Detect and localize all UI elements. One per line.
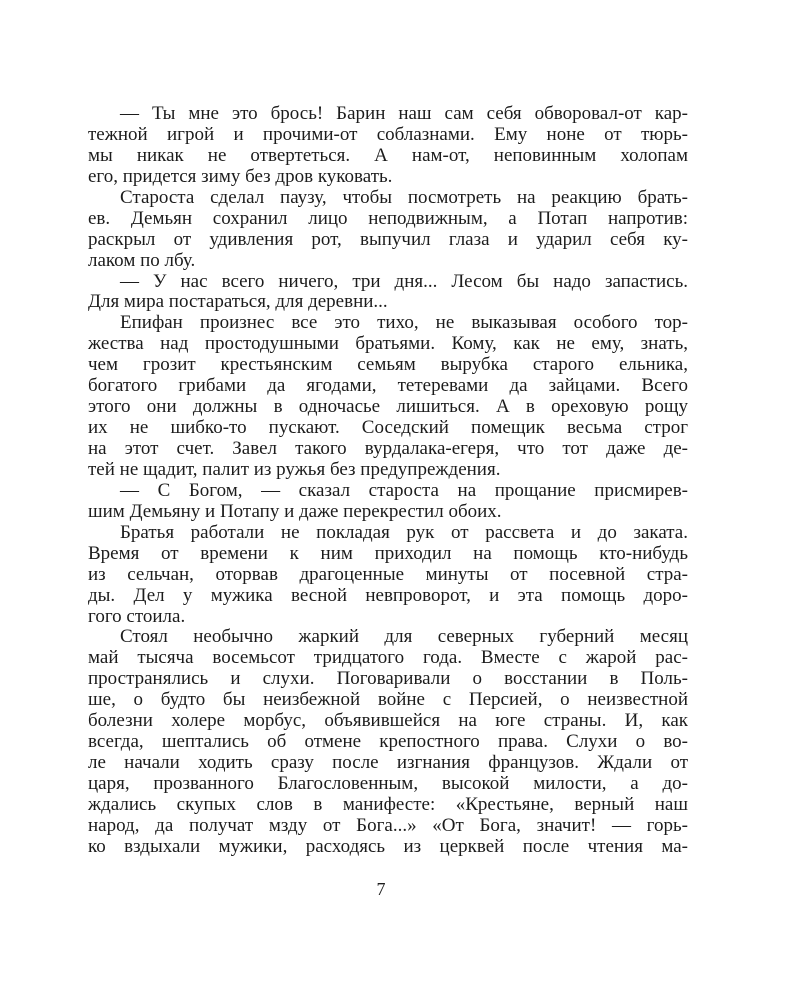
text-line: ко вздыхали мужики, расходясь из церквей… xyxy=(88,837,688,858)
text-line: лаком по лбу. xyxy=(88,251,688,272)
text-line: из сельчан, оторвав драгоценные минуты о… xyxy=(88,565,688,586)
text-line: богатого грибами да ягодами, тетеревами … xyxy=(88,376,688,397)
page-number: 7 xyxy=(0,879,800,900)
paragraph-first-line: Братья работали не покладая рук от рассв… xyxy=(88,523,688,544)
text-line: пространялись и слухи. Поговаривали о во… xyxy=(88,669,688,690)
text-line: ше, о будто бы неизбежной войне с Персие… xyxy=(88,690,688,711)
text-line: шим Демьяну и Потапу и даже перекрестил … xyxy=(88,502,688,523)
text-line: ды. Дел у мужика весной невпроворот, и э… xyxy=(88,586,688,607)
paragraph-first-line: Стоял необычно жаркий для северных губер… xyxy=(88,627,688,648)
paragraph-first-line: — У нас всего ничего, три дня... Лесом б… xyxy=(88,272,688,293)
text-line: Время от времени к ним приходил на помощ… xyxy=(88,544,688,565)
text-line: ев. Демьян сохранил лицо неподвижным, а … xyxy=(88,209,688,230)
text-line: всегда, шептались об отмене крепостного … xyxy=(88,732,688,753)
body-text: — Ты мне это брось! Барин наш сам себя о… xyxy=(88,104,688,858)
text-line: их не шибко-то пускают. Соседский помещи… xyxy=(88,418,688,439)
text-line: тежной игрой и прочими-от соблазнами. Ем… xyxy=(88,125,688,146)
paragraph-first-line: Староста сделал паузу, чтобы посмотреть … xyxy=(88,188,688,209)
paragraph-first-line: — С Богом, — сказал староста на прощание… xyxy=(88,481,688,502)
text-line: на этот счет. Завел такого вурдалака-еге… xyxy=(88,439,688,460)
text-line: тей не щадит, палит из ружья без предупр… xyxy=(88,460,688,481)
text-line: раскрыл от удивления рот, выпучил глаза … xyxy=(88,230,688,251)
text-line: май тысяча восемьсот тридцатого года. Вм… xyxy=(88,648,688,669)
paragraph-first-line: — Ты мне это брось! Барин наш сам себя о… xyxy=(88,104,688,125)
text-line: жества над простодушными братьями. Кому,… xyxy=(88,334,688,355)
book-page: — Ты мне это брось! Барин наш сам себя о… xyxy=(0,0,800,1000)
text-line: гого стоила. xyxy=(88,607,688,628)
page-number-label: 7 xyxy=(377,879,386,899)
text-line: болезни холере морбус, объявившейся на ю… xyxy=(88,711,688,732)
text-line: чем грозит крестьянским семьям вырубка с… xyxy=(88,355,688,376)
text-line: народ, да получат мзду от Бога...» «От Б… xyxy=(88,816,688,837)
text-line: ждались скупых слов в манифесте: «Кресть… xyxy=(88,795,688,816)
text-line: царя, прозванного Благословенным, высоко… xyxy=(88,774,688,795)
text-line: его, придется зиму без дров куковать. xyxy=(88,167,688,188)
paragraph-first-line: Епифан произнес все это тихо, не выказыв… xyxy=(88,313,688,334)
text-line: Для мира постараться, для деревни... xyxy=(88,292,688,313)
text-line: ле начали ходить сразу после изгнания фр… xyxy=(88,753,688,774)
text-line: этого они должны в одночасье лишиться. А… xyxy=(88,397,688,418)
text-line: мы никак не отвертеться. А нам-от, непов… xyxy=(88,146,688,167)
